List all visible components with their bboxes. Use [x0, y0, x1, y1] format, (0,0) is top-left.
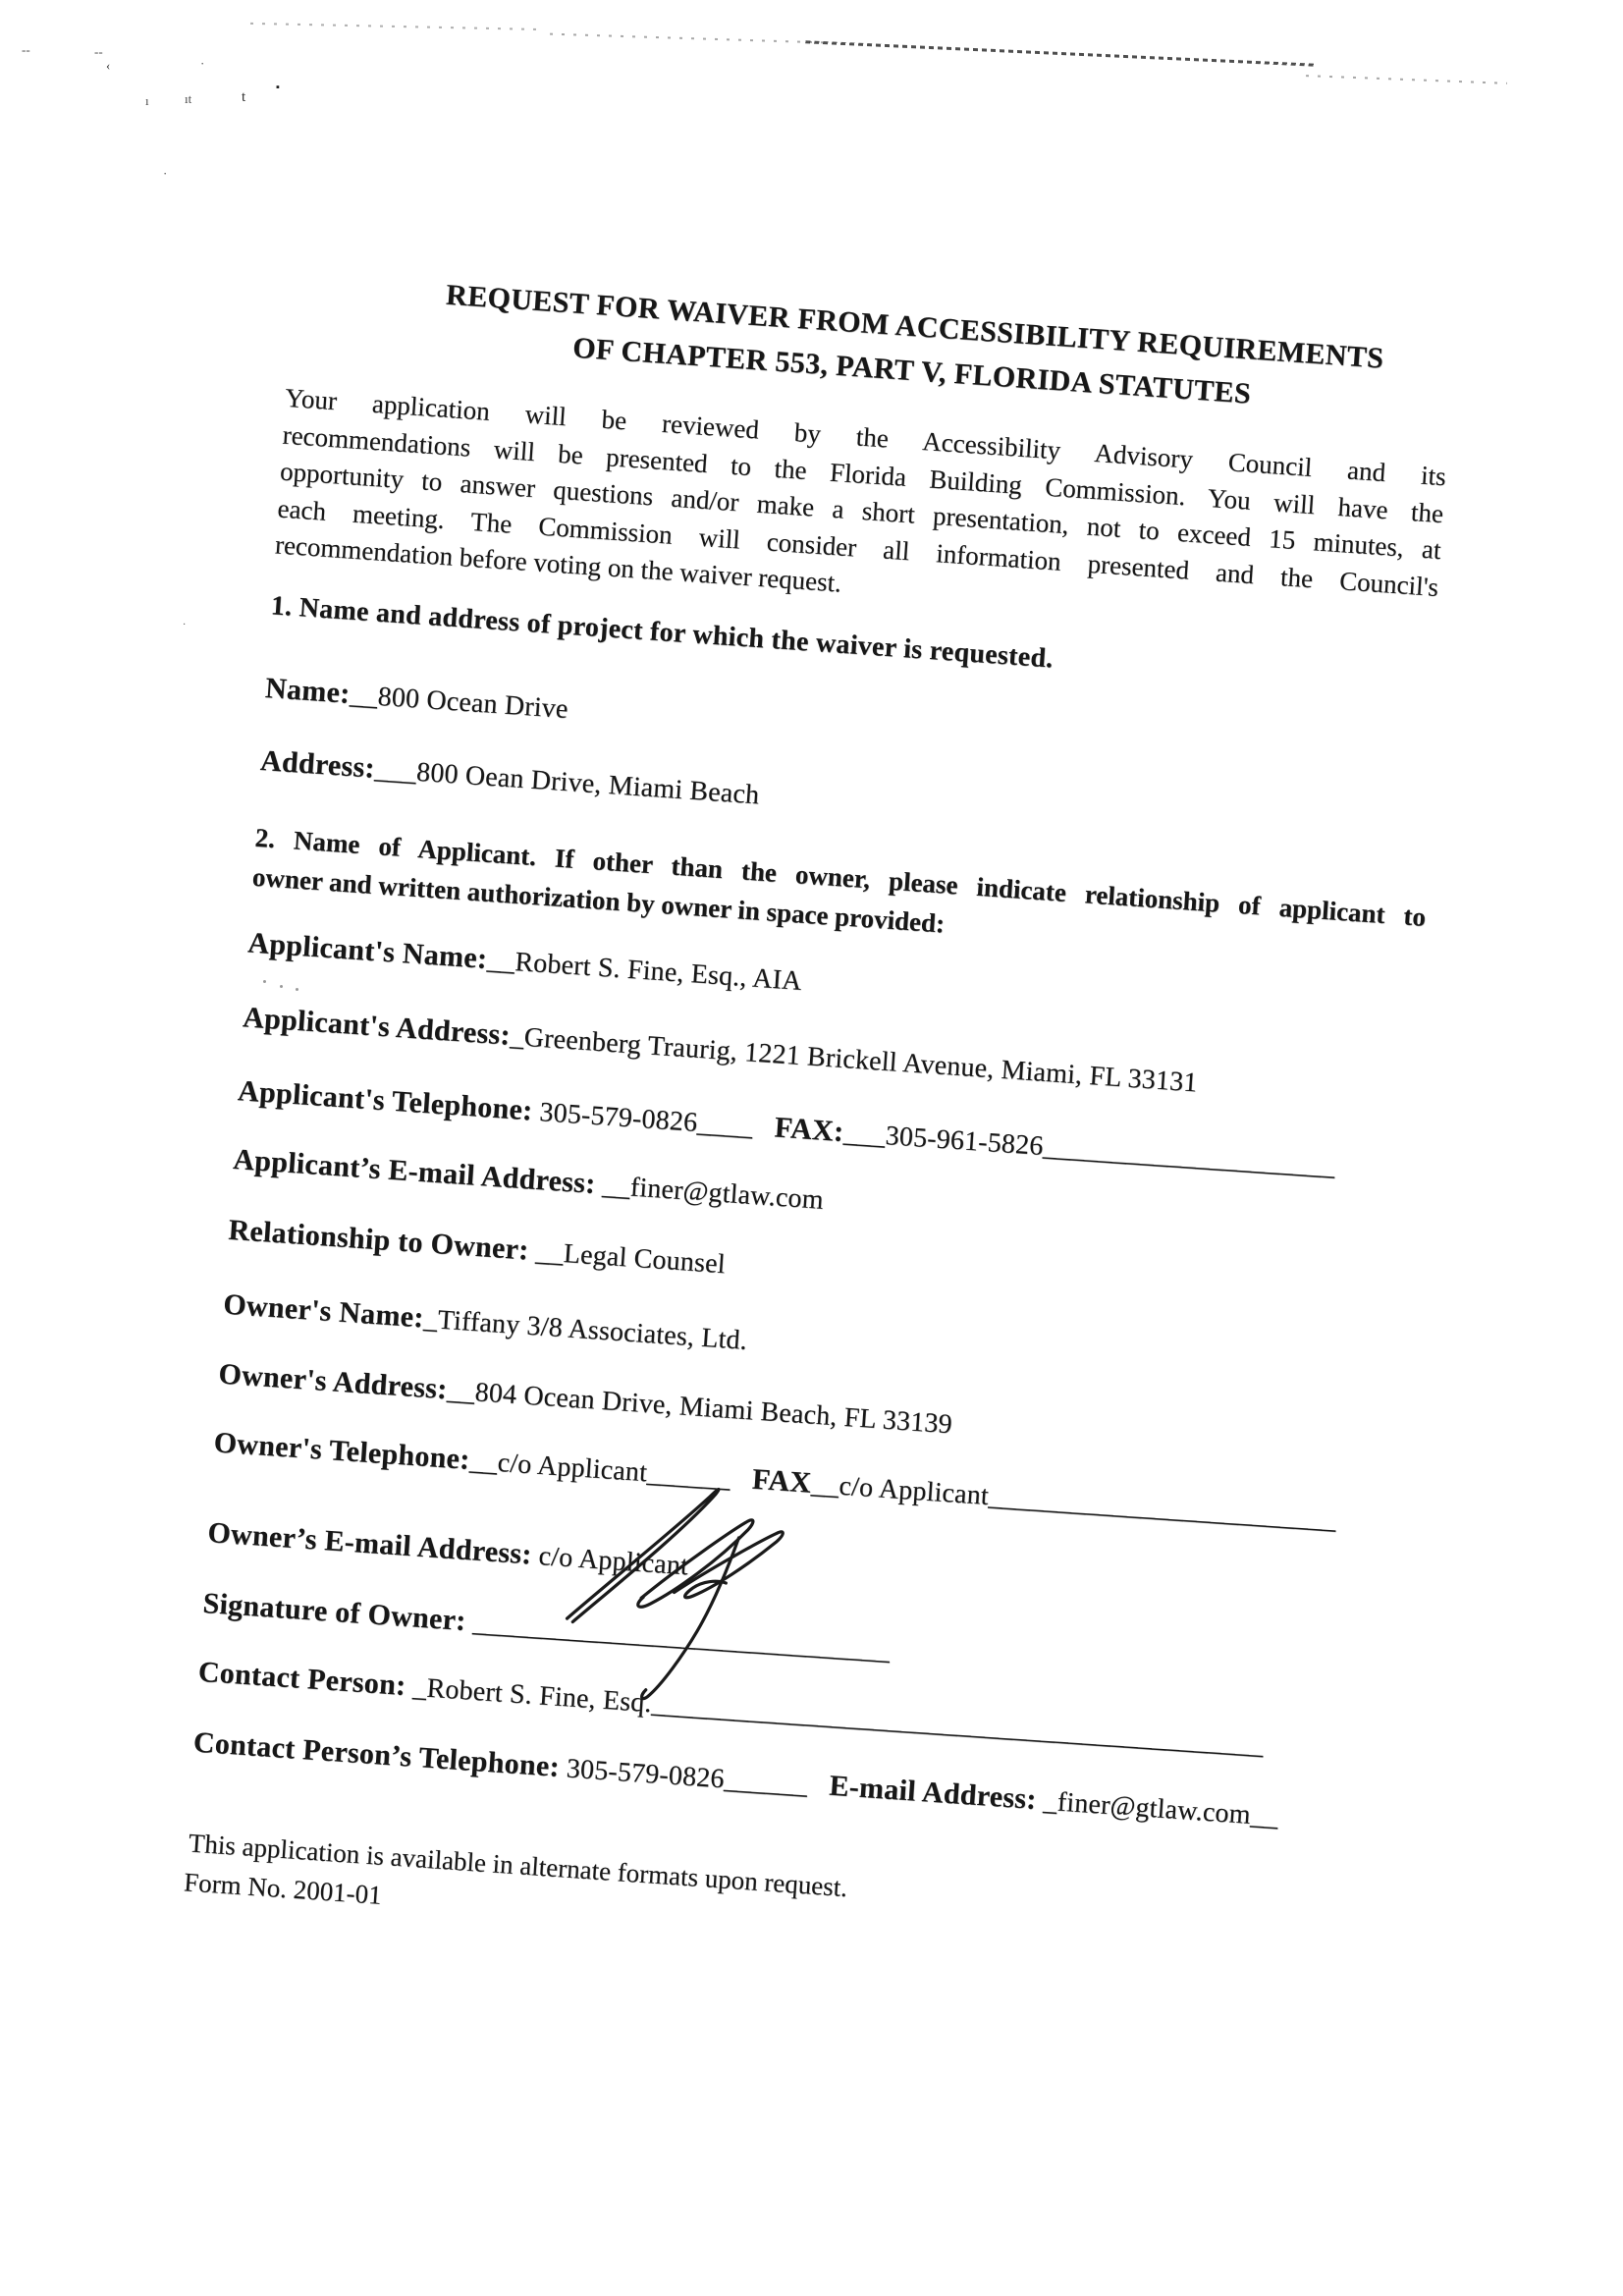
field-value: __finer@gtlaw.com	[594, 1170, 824, 1216]
field-owner-name: Owner's Name:_Tiffany 3/8 Associates, Lt…	[222, 1287, 748, 1359]
field-value: _Robert S. Fine, Esq.___________________…	[405, 1671, 1265, 1760]
field-project-address: Address:___800 Oean Drive, Miami Beach	[259, 743, 761, 814]
field-owner-address: Owner's Address:__804 Ocean Drive, Miami…	[217, 1356, 953, 1443]
field-value: __800 Ocean Drive	[349, 680, 568, 725]
scanned-document-page: -- -- ‹ · ı ıt t ▪ · · REQUEST FOR WAIVE…	[0, 0, 1623, 2296]
field-label: Applicant’s E-mail Address:	[232, 1143, 596, 1200]
field-value: __804 Ocean Drive, Miami Beach, FL 33139	[446, 1375, 952, 1440]
fax-label: FAX:	[774, 1111, 845, 1148]
field-value: __Legal Counsel	[527, 1236, 726, 1281]
field-applicant-name: Applicant's Name:__Robert S. Fine, Esq.,…	[246, 925, 803, 999]
email-value: _finer@gtlaw.com__	[1036, 1785, 1280, 1832]
scan-noise-line	[550, 33, 825, 44]
field-label: Name:	[264, 672, 352, 710]
field-value: _Greenberg Traurig, 1221 Brickell Avenue…	[510, 1021, 1199, 1099]
field-value: 305-579-0826____	[531, 1097, 754, 1142]
field-project-name: Name:__800 Ocean Drive	[264, 671, 569, 728]
field-label: Applicant's Name:	[246, 926, 488, 975]
fax-value: ___305-961-5826_____________________	[842, 1118, 1336, 1181]
field-label: Relationship to Owner:	[228, 1214, 530, 1267]
field-value: 305-579-0826______	[559, 1753, 809, 1800]
field-label: Applicant's Telephone:	[237, 1074, 533, 1126]
field-label: Applicant's Address:	[242, 1001, 512, 1051]
scan-noise-line	[805, 40, 1316, 67]
field-relationship-to-owner: Relationship to Owner: __Legal Counsel	[227, 1213, 727, 1283]
form-content: REQUEST FOR WAIVER FROM ACCESSIBILITY RE…	[0, 167, 1505, 2123]
field-label: Contact Person’s Telephone:	[192, 1726, 561, 1783]
field-value: __Robert S. Fine, Esq., AIA	[486, 945, 803, 997]
field-label: Owner's Address:	[218, 1357, 449, 1405]
footer-form-number: Form No. 2001-01	[183, 1867, 382, 1911]
field-label: Signature of Owner:	[202, 1587, 467, 1637]
owner-signature-scrawl	[540, 1466, 811, 1728]
field-value: _Tiffany 3/8 Associates, Ltd.	[423, 1304, 748, 1356]
email-label: E-mail Address:	[829, 1770, 1038, 1816]
field-label: Contact Person:	[197, 1656, 407, 1702]
field-label: Owner's Name:	[222, 1288, 424, 1335]
field-value: ___800 Oean Drive, Miami Beach	[374, 754, 761, 811]
scan-noise-line	[250, 23, 545, 30]
fax-value: __c/o Applicant_________________________	[810, 1469, 1337, 1535]
field-applicant-email: Applicant’s E-mail Address: __finer@gtla…	[232, 1142, 825, 1219]
field-label: Owner's Telephone:	[213, 1426, 471, 1476]
scan-noise-line	[1306, 75, 1507, 84]
field-label: Address:	[259, 744, 376, 785]
field-label: Owner’s E-mail Address:	[206, 1516, 532, 1570]
